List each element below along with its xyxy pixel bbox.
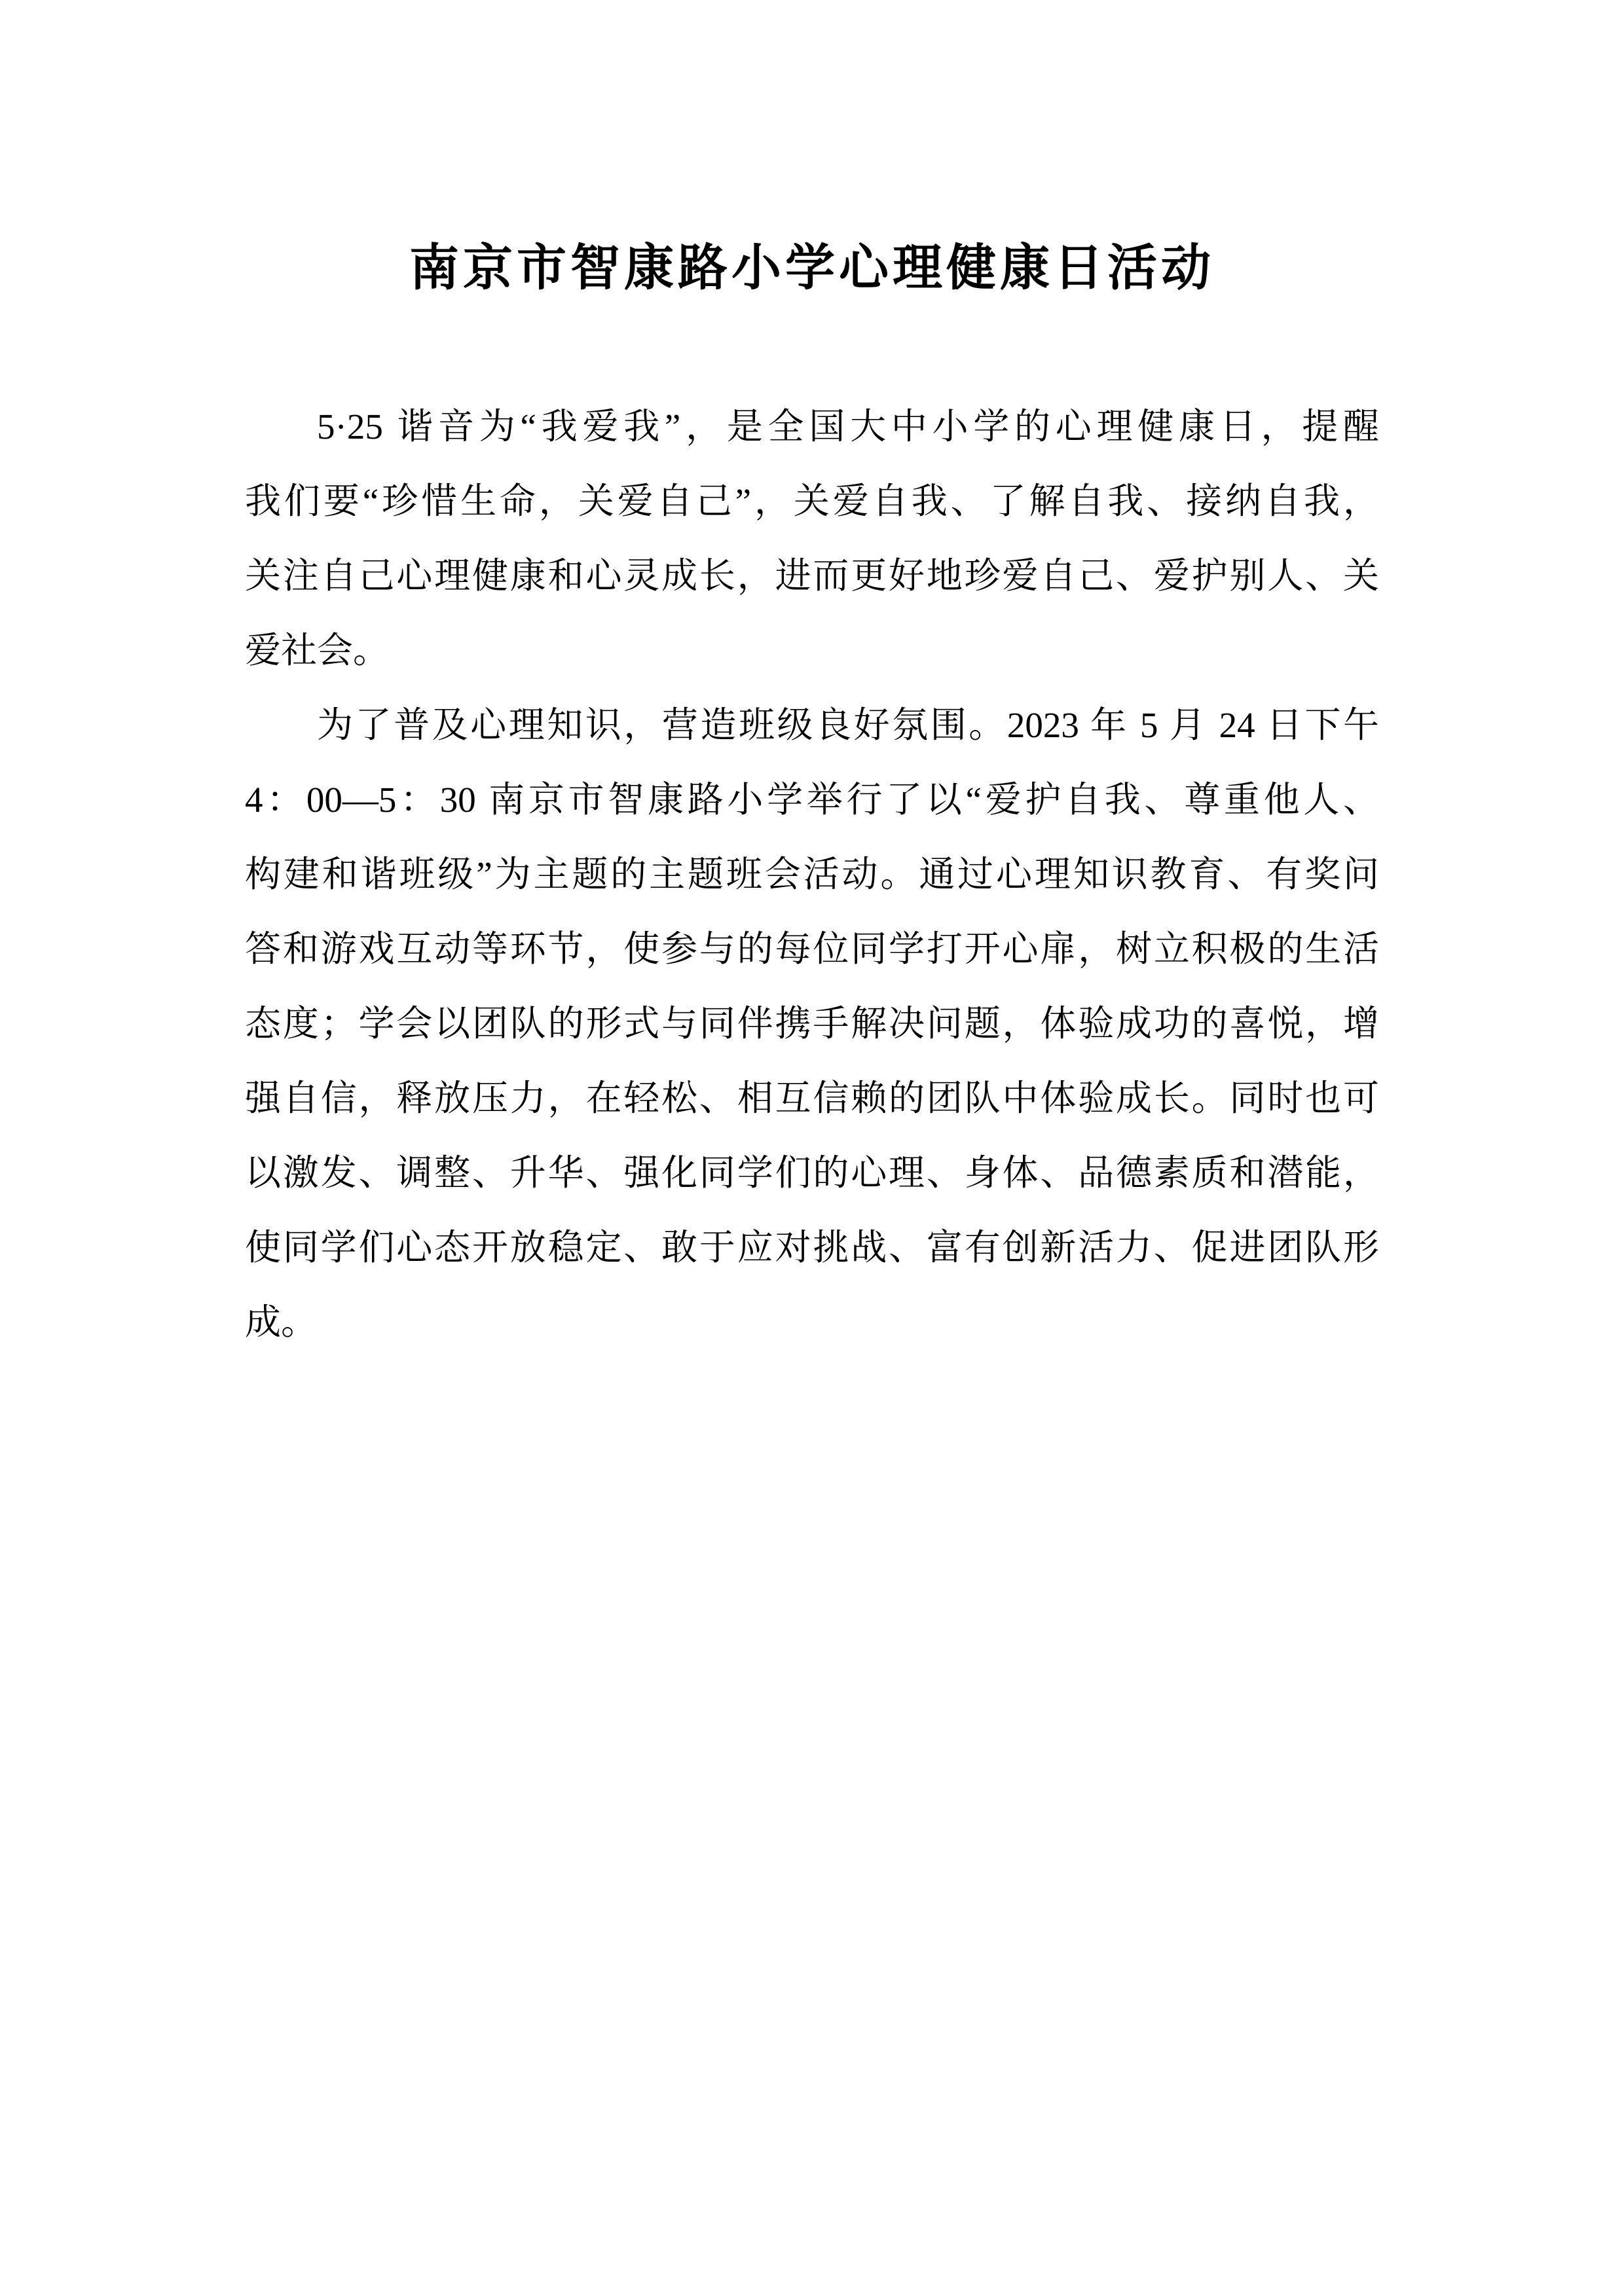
paragraph-2-line-4: 答和游戏互动等环节，使参与的每位同学打开心扉，树立积极的生活 xyxy=(245,912,1379,987)
paragraph-2-line-8: 使同学们心态开放稳定、敢于应对挑战、富有创新活力、促进团队形 xyxy=(245,1211,1379,1285)
paragraph-1-line-1: 5·25 谐音为“我爱我”，是全国大中小学的心理健康日，提醒 xyxy=(245,390,1379,464)
paragraph-1-line-2: 我们要“珍惜生命，关爱自己”，关爱自我、了解自我、接纳自我， xyxy=(245,464,1379,539)
paragraph-2-line-6: 强自信，释放压力，在轻松、相互信赖的团队中体验成长。同时也可 xyxy=(245,1061,1379,1136)
paragraph-2-line-1: 为了普及心理知识，营造班级良好氛围。2023 年 5 月 24 日下午 xyxy=(245,688,1379,763)
paragraph-1: 5·25 谐音为“我爱我”，是全国大中小学的心理健康日，提醒 我们要“珍惜生命，… xyxy=(245,390,1379,688)
paragraph-2-line-3: 构建和谐班级”为主题的主题班会活动。通过心理知识教育、有奖问 xyxy=(245,837,1379,912)
paragraph-2-line-2: 4：00—5：30 南京市智康路小学举行了以“爱护自我、尊重他人、 xyxy=(245,763,1379,837)
paragraph-2: 为了普及心理知识，营造班级良好氛围。2023 年 5 月 24 日下午 4：00… xyxy=(245,688,1379,1360)
paragraph-1-line-4: 爱社会。 xyxy=(245,613,1379,688)
paragraph-2-line-7: 以激发、调整、升华、强化同学们的心理、身体、品德素质和潜能， xyxy=(245,1136,1379,1211)
paragraph-2-line-9: 成。 xyxy=(245,1285,1379,1360)
paragraph-2-line-5: 态度；学会以团队的形式与同伴携手解决问题，体验成功的喜悦，增 xyxy=(245,987,1379,1061)
document-page: 南京市智康路小学心理健康日活动 5·25 谐音为“我爱我”，是全国大中小学的心理… xyxy=(0,0,1624,2296)
document-title: 南京市智康路小学心理健康日活动 xyxy=(0,0,1624,296)
paragraph-1-line-3: 关注自己心理健康和心灵成长，进而更好地珍爱自己、爱护别人、关 xyxy=(245,539,1379,613)
document-body: 5·25 谐音为“我爱我”，是全国大中小学的心理健康日，提醒 我们要“珍惜生命，… xyxy=(245,390,1379,1360)
